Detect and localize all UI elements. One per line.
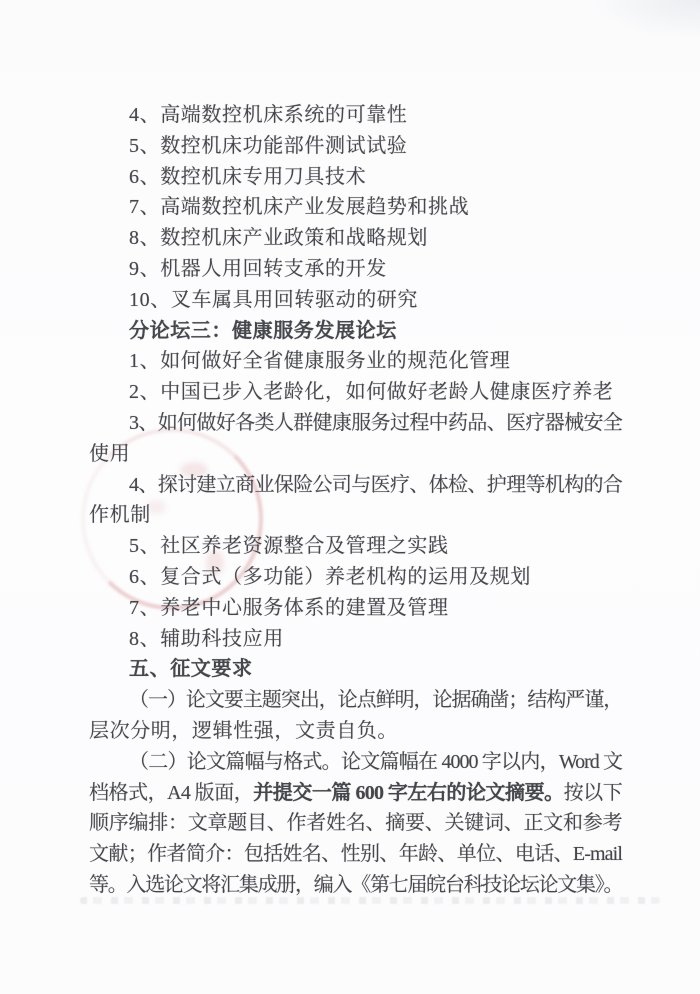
text-line: 五、征文要求 — [89, 654, 622, 685]
text-line: 9、机器人用回转支承的开发 — [89, 254, 622, 285]
text-line: 6、复合式（多功能）养老机构的运用及规划 — [89, 562, 622, 593]
text-line: 5、社区养老资源整合及管理之实践 — [89, 531, 622, 562]
text-run: 作机制 — [89, 504, 151, 526]
text-run: 1、如何做好全省健康服务业的规范化管理 — [129, 350, 510, 372]
text-line: 4、高端数控机床系统的可靠性 — [89, 100, 622, 131]
text-run: 并提交一篇 600 字左右的论文摘要。 — [253, 782, 563, 804]
text-run: 五、征文要求 — [129, 658, 253, 680]
text-line: 作机制 — [89, 500, 622, 531]
text-run: 层次分明，逻辑性强，文责自负。 — [89, 720, 398, 742]
text-run: 9、机器人用回转支承的开发 — [129, 258, 387, 280]
text-run: 5、数控机床功能部件测试试验 — [129, 135, 407, 157]
text-run: 4、探讨建立商业保险公司与医疗、体检、护理等机构的合 — [129, 474, 622, 496]
text-run: 分论坛三：健康服务发展论坛 — [129, 320, 397, 342]
text-run: 按以下 — [564, 782, 622, 804]
scan-noise-band — [80, 897, 660, 904]
text-run: 8、辅助科技应用 — [129, 628, 284, 650]
text-line: 档格式，A4 版面，并提交一篇 600 字左右的论文摘要。按以下 — [89, 778, 622, 809]
scanned-document-page: 4、高端数控机床系统的可靠性5、数控机床功能部件测试试验6、数控机床专用刀具技术… — [0, 0, 700, 994]
text-line: 6、数控机床专用刀具技术 — [89, 162, 622, 193]
text-run: 3、如何做好各类人群健康服务过程中药品、医疗器械安全 — [129, 412, 622, 434]
text-line: 分论坛三：健康服务发展论坛 — [89, 316, 622, 347]
text-run: 7、养老中心服务体系的建置及管理 — [129, 597, 449, 619]
text-run: 使用 — [89, 443, 130, 465]
text-line: 使用 — [89, 439, 622, 470]
text-run: 7、高端数控机床产业发展趋势和挑战 — [129, 196, 469, 218]
text-run: 4、高端数控机床系统的可靠性 — [129, 104, 407, 126]
text-line: 1、如何做好全省健康服务业的规范化管理 — [89, 346, 622, 377]
text-line: 4、探讨建立商业保险公司与医疗、体检、护理等机构的合 — [89, 470, 622, 501]
text-line: （二）论文篇幅与格式。论文篇幅在 4000 字以内，Word 文 — [89, 747, 622, 778]
text-line: 8、辅助科技应用 — [89, 624, 622, 655]
text-run: 6、复合式（多功能）养老机构的运用及规划 — [129, 566, 531, 588]
text-line: 8、数控机床产业政策和战略规划 — [89, 223, 622, 254]
text-run: 10、叉车属具用回转驱动的研究 — [129, 289, 418, 311]
document-text: 4、高端数控机床系统的可靠性5、数控机床功能部件测试试验6、数控机床专用刀具技术… — [89, 100, 622, 901]
text-line: 顺序编排：文章题目、作者姓名、摘要、关键词、正文和参考 — [89, 808, 622, 839]
scan-corner-shade — [590, 0, 700, 40]
text-line: 7、养老中心服务体系的建置及管理 — [89, 593, 622, 624]
text-run: 文献；作者简介：包括姓名、性别、年龄、单位、电话、E-mail — [89, 843, 622, 865]
text-line: 7、高端数控机床产业发展趋势和挑战 — [89, 192, 622, 223]
text-run: 档格式，A4 版面， — [89, 782, 253, 804]
text-line: 10、叉车属具用回转驱动的研究 — [89, 285, 622, 316]
text-line: 5、数控机床功能部件测试试验 — [89, 131, 622, 162]
text-line: （一）论文要主题突出，论点鲜明，论据确凿；结构严谨， — [89, 685, 622, 716]
text-run: 8、数控机床产业政策和战略规划 — [129, 227, 428, 249]
text-line: 3、如何做好各类人群健康服务过程中药品、医疗器械安全 — [89, 408, 622, 439]
text-line: 层次分明，逻辑性强，文责自负。 — [89, 716, 622, 747]
text-run: 等。入选论文将汇集成册，编入《第七届皖台科技论坛论文集》。 — [89, 874, 622, 896]
text-run: 5、社区养老资源整合及管理之实践 — [129, 535, 449, 557]
text-run: 6、数控机床专用刀具技术 — [129, 166, 366, 188]
text-run: 2、中国已步入老龄化，如何做好老龄人健康医疗养老 — [129, 381, 613, 403]
text-run: 顺序编排：文章题目、作者姓名、摘要、关键词、正文和参考 — [89, 812, 622, 834]
text-line: 文献；作者简介：包括姓名、性别、年龄、单位、电话、E-mail — [89, 839, 622, 870]
text-run: （二）论文篇幅与格式。论文篇幅在 4000 字以内，Word 文 — [129, 751, 622, 773]
text-run: （一）论文要主题突出，论点鲜明，论据确凿；结构严谨， — [129, 689, 622, 711]
text-line: 2、中国已步入老龄化，如何做好老龄人健康医疗养老 — [89, 377, 622, 408]
